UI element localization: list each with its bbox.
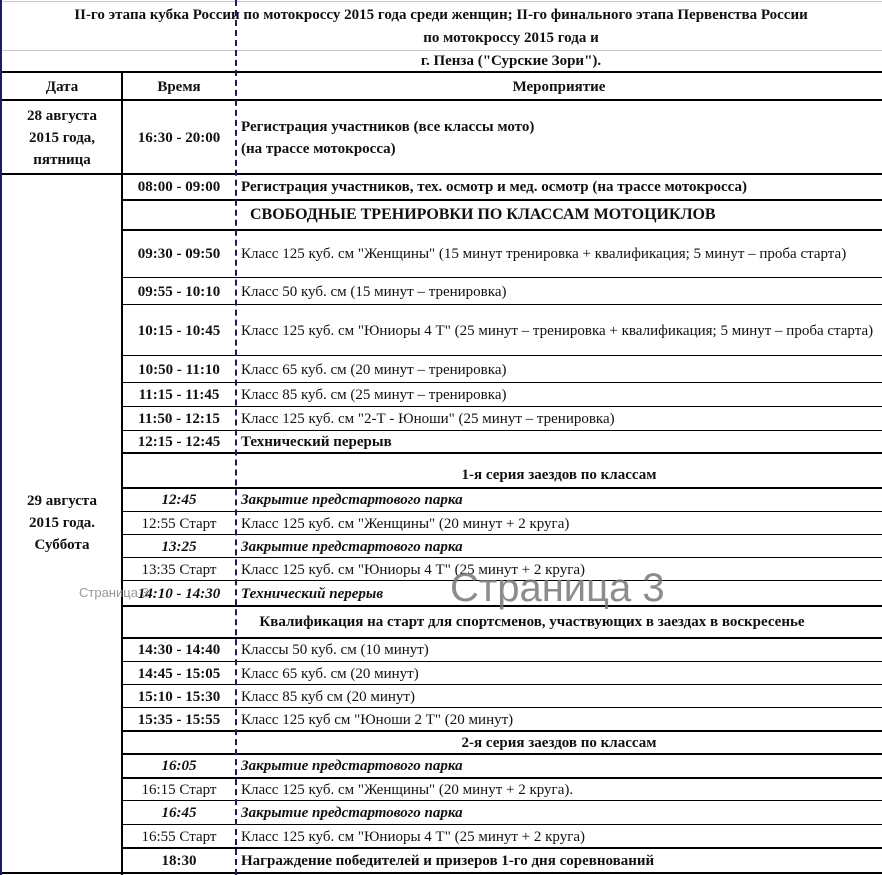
day-cell-saturday: 29 августа 2015 года. Суббота [2,488,122,558]
spreadsheet-page: II-го этапа кубка России по мотокроссу 2… [0,0,882,875]
section-heading: СВОБОДНЫЕ ТРЕНИРОВКИ ПО КЛАССАМ МОТОЦИКЛ… [240,200,760,230]
title-line-1: II-го этапа кубка России по мотокроссу 2… [0,3,882,27]
time-cell: 16:45 [122,801,236,825]
header-time: Время [122,73,236,100]
event-cell: Класс 85 куб см (20 минут) [237,685,882,708]
time-cell: 13:25 [122,535,236,558]
section-heading: 2-я серия заездов по классам [236,731,882,754]
time-cell: 16:30 - 20:00 [122,101,236,174]
time-cell: 14:45 - 15:05 [122,662,236,685]
header-event: Мероприятие [236,73,882,100]
event-line: (на трассе мотокросса) [241,138,396,160]
event-cell: Награждение победителей и призеров 1-го … [237,848,882,873]
time-cell: 14:30 - 14:40 [122,638,236,662]
time-cell: 15:35 - 15:55 [122,708,236,731]
grid-vline [235,0,237,875]
title-line-3: г. Пенза ("Сурские Зори"). [0,50,882,72]
day-cell-friday: 28 августа 2015 года, пятница [2,101,122,174]
grid-vline [0,0,2,875]
event-cell: Класс 85 куб. см (25 минут – тренировка) [237,383,882,407]
grid-hline [0,872,882,874]
time-cell: 14:10 - 14:30 [122,581,236,606]
time-cell: 18:30 [122,848,236,873]
day-line: пятница [33,149,91,171]
event-line: Регистрация участников (все классы мото) [241,116,534,138]
time-cell: 09:30 - 09:50 [122,230,236,278]
time-cell: 12:15 - 12:45 [122,431,236,453]
grid-hline [0,50,882,51]
event-cell: Класс 125 куб см "Юноши 2 Т" (20 минут) [237,708,882,731]
event-cell: Класс 125 куб. см "Юниоры 4 Т" (25 минут… [237,558,882,581]
event-cell: Технический перерыв [237,581,882,606]
day-line: Суббота [35,534,90,556]
event-cell: Класс 65 куб. см (20 минут – тренировка) [237,356,882,383]
time-cell: 15:10 - 15:30 [122,685,236,708]
time-cell: 16:55 Старт [122,825,236,848]
grid-hline [0,71,882,73]
event-cell: Закрытие предстартового парка [237,488,882,512]
event-cell: Класс 125 куб. см "Женщины" (15 минут тр… [237,230,882,278]
day-line: 2015 года, [29,127,95,149]
section-heading: 1-я серия заездов по классам [236,453,882,488]
time-cell: 11:15 - 11:45 [122,383,236,407]
event-cell: Закрытие предстартового парка [237,801,882,825]
time-cell: 09:55 - 10:10 [122,278,236,305]
event-cell: Класс 125 куб. см "Юниоры 4 Т" (25 минут… [237,305,882,356]
event-cell: Класс 125 куб. см "Женщины" (20 минут + … [237,778,882,801]
header-date: Дата [2,73,122,100]
day-line: 29 августа [27,490,97,512]
event-cell: Класс 125 куб. см "Женщины" (20 минут + … [237,512,882,535]
time-cell: 16:05 [122,754,236,778]
event-cell: Классы 50 куб. см (10 минут) [237,638,882,662]
event-cell: Закрытие предстартового парка [237,754,882,778]
time-cell: 11:50 - 12:15 [122,407,236,431]
grid-vline [121,71,123,875]
time-cell: 13:35 Старт [122,558,236,581]
event-cell: Класс 125 куб. см "2-Т - Юноши" (25 мину… [237,407,882,431]
event-cell: Регистрация участников, тех. осмотр и ме… [237,174,882,200]
event-cell: Закрытие предстартового парка [237,535,882,558]
grid-hline [0,1,882,2]
event-cell: Технический перерыв [237,431,882,453]
day-line: 2015 года. [29,512,95,534]
event-cell: Класс 125 куб. см "Юниоры 4 Т" (25 минут… [237,825,882,848]
day-line: 28 августа [27,105,97,127]
event-cell: Класс 65 куб. см (20 минут) [237,662,882,685]
grid-hline [0,99,882,101]
time-cell: 10:15 - 10:45 [122,305,236,356]
time-cell: 16:15 Старт [122,778,236,801]
title-line-2: по мотокроссу 2015 года и [0,26,882,50]
time-cell: 08:00 - 09:00 [122,174,236,200]
time-cell: 12:45 [122,488,236,512]
event-cell: Класс 50 куб. см (15 минут – тренировка) [237,278,882,305]
grid-hline [0,173,882,175]
event-cell: Регистрация участников (все классы мото)… [237,101,882,174]
time-cell: 12:55 Старт [122,512,236,535]
time-cell: 10:50 - 11:10 [122,356,236,383]
